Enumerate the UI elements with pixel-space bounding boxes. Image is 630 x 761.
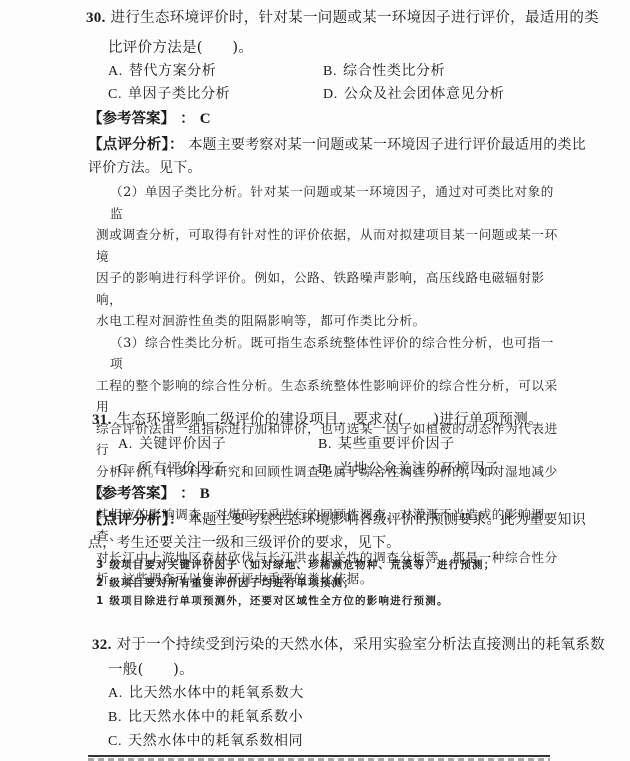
question-31-analysis-line1: 【点评分析】： 本题主要考察生态环境影响各级评价的预测要求。此为重要知识 <box>88 508 586 529</box>
option-text: 所有评价因子 <box>138 461 226 477</box>
excerpt-line: 因子的影响进行科学评价。例如，公路、铁路噪声影响，高压线路电磁辐射影响， <box>96 267 566 310</box>
question-number: 32. <box>92 637 112 653</box>
analysis-text: 本题主要考察生态环境影响各级评价的预测要求。此为重要知识 <box>188 512 586 528</box>
question-30-option-d: D.公众及社会团体意见分析 <box>323 83 504 103</box>
question-30-analysis-line2: 评价方法。见下。 <box>88 157 202 177</box>
analysis-label: 【点评分析】 <box>88 512 169 528</box>
question-30-option-c: C.单因子类比分析 <box>108 83 230 103</box>
analysis-separator: ： <box>169 137 184 153</box>
option-letter: D. <box>318 462 333 477</box>
question-31-stem-line1: 31. 生态环境影响二级评价的建设项目，要求对( )进行单项预测。 <box>92 408 543 429</box>
option-letter: C. <box>108 734 122 749</box>
option-text: 关键评价因子 <box>139 436 227 452</box>
option-letter: C. <box>118 462 132 477</box>
question-text: 进行生态环境评价时，针对某一问题或某一环境因子进行评价，最适用的类 <box>111 10 599 26</box>
option-letter: C. <box>108 87 122 102</box>
analysis-separator: ： <box>169 512 184 528</box>
option-text: 比天然水体中的耗氧系数小 <box>128 709 303 725</box>
question-32-option-a: A.比天然水体中的耗氧系数大 <box>108 682 304 702</box>
analysis-label: 【点评分析】 <box>88 137 169 153</box>
question-32-option-b: B.比天然水体中的耗氧系数小 <box>108 706 303 726</box>
question-31-analysis-line2: 点，考生还要关注一级和三级评价的要求，见下。 <box>88 532 400 552</box>
option-text: 综合性类比分析 <box>343 63 445 79</box>
question-32-stem-line1: 32. 对于一个持续受到污染的天然水体，采用实验室分析法直接测出的耗氧系数 <box>92 633 605 654</box>
question-31-answer: 【参考答案】 ： B <box>88 482 210 503</box>
question-31-excerpt-line1: 3 级项目要对关键评价因子（如对绿地、珍稀濒危物种、荒漠等）进行预测； <box>96 557 495 572</box>
question-30-option-a: A.替代方案分析 <box>108 60 216 80</box>
answer-label: 【参考答案】 <box>88 111 175 127</box>
question-31-option-b: B.某些重要评价因子 <box>318 433 455 453</box>
question-31-excerpt-line2: 2 级项目要对所有重要评价因子均进行单项预测； <box>96 575 355 590</box>
option-text: 某些重要评价因子 <box>338 436 455 452</box>
answer-value: C <box>200 111 211 127</box>
option-letter: A. <box>118 437 133 452</box>
question-32-stem-line2: 一般( )。 <box>108 658 194 679</box>
answer-value: B <box>200 486 210 502</box>
option-letter: B. <box>323 64 337 79</box>
question-30-answer: 【参考答案】 ： C <box>88 107 211 128</box>
question-31-option-a: A.关键评价因子 <box>118 433 226 453</box>
question-30-analysis-line1: 【点评分析】： 本题主要考察对某一问题或某一环境因子进行评价最适用的类比 <box>88 133 586 154</box>
question-30-stem-line1: 30. 进行生态环境评价时，针对某一问题或某一环境因子进行评价，最适用的类 <box>86 6 599 27</box>
option-text: 替代方案分析 <box>129 63 217 79</box>
question-31-option-d: D.当地公众关注的环境因子 <box>318 458 499 478</box>
option-letter: D. <box>323 87 338 102</box>
question-30-stem-line2: 比评价方法是( )。 <box>108 36 253 57</box>
question-31-excerpt-line3: 1 级项目除进行单项预测外，还要对区域性全方位的影响进行预测。 <box>96 593 449 608</box>
option-letter: B. <box>318 437 332 452</box>
question-30-option-b: B.综合性类比分析 <box>323 60 445 80</box>
option-letter: A. <box>108 64 123 79</box>
question-text: 生态环境影响二级评价的建设项目，要求对( )进行单项预测。 <box>117 412 543 428</box>
option-text: 比天然水体中的耗氧系数大 <box>129 685 304 701</box>
question-number: 31. <box>92 412 112 428</box>
option-text: 公众及社会团体意见分析 <box>344 86 505 102</box>
excerpt-line: （2）单因子类比分析。针对某一问题或某一环境因子，通过对可类比对象的监 <box>96 181 566 224</box>
footer-divider <box>88 755 550 757</box>
excerpt-line: 测或调查分析，可取得有针对性的评价依据，从而对拟建项目某一问题或某一环境 <box>96 224 566 267</box>
option-text: 天然水体中的耗氧系数相同 <box>128 733 303 749</box>
option-text: 当地公众关注的环境因子 <box>339 461 500 477</box>
answer-separator: ： <box>180 111 195 127</box>
option-letter: A. <box>108 686 123 701</box>
excerpt-line: 水电工程对洄游性鱼类的阻隔影响等，都可作类比分析。 <box>96 310 566 332</box>
option-text: 单因子类比分析 <box>128 86 230 102</box>
question-32-option-c: C.天然水体中的耗氧系数相同 <box>108 730 303 750</box>
question-number: 30. <box>86 10 106 26</box>
analysis-text: 本题主要考察对某一问题或某一环境因子进行评价最适用的类比 <box>188 137 586 153</box>
answer-separator: ： <box>180 486 195 502</box>
scanned-book-page: 30. 进行生态环境评价时，针对某一问题或某一环境因子进行评价，最适用的类 比评… <box>0 0 630 761</box>
question-text: 对于一个持续受到污染的天然水体，采用实验室分析法直接测出的耗氧系数 <box>117 637 605 653</box>
question-31-option-c: C.所有评价因子 <box>118 458 226 478</box>
answer-label: 【参考答案】 <box>88 486 175 502</box>
excerpt-line: （3）综合性类比分析。既可指生态系统整体性评价的综合性分析，也可指一项 <box>96 332 566 375</box>
option-letter: B. <box>108 710 122 725</box>
